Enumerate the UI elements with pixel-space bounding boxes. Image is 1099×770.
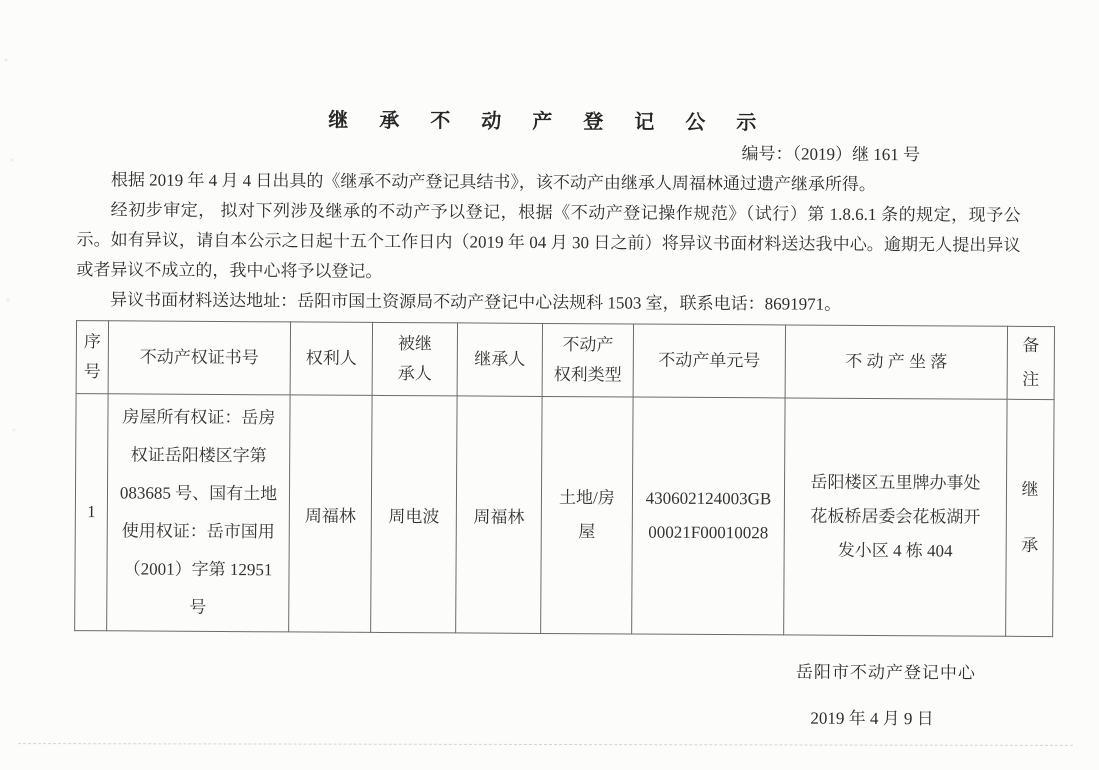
header-seq: 序号: [76, 321, 108, 394]
scanned-notice-page: 继 承 不 动 产 登 记 公 示 编号：（2019）继 161 号 根据 20…: [0, 0, 1099, 770]
cell-unit-no: 430602124003GB00021F00010028: [632, 397, 785, 635]
registration-table: 序号 不动产权证书号 权利人 被继承人 继承人 不动产 权利类型 不动产单元号 …: [74, 320, 1055, 637]
notice-body: 根据 2019 年 4 月 4 日出具的《继承不动产登记具结书》，该不动产由继承…: [0, 163, 1098, 322]
signature-organization: 岳阳市不动产登记中心: [0, 653, 1095, 690]
scan-edge-speckle: [0, 0, 26, 560]
header-remark: 备注: [1007, 326, 1054, 399]
table-header-row: 序号 不动产权证书号 权利人 被继承人 继承人 不动产 权利类型 不动产单元号 …: [76, 321, 1054, 400]
cell-remark: 继承: [1006, 399, 1054, 636]
paragraph-announcement: 经初步审定， 拟对下列涉及继承的不动产予以登记，根据《不动产登记操作规范》（试行…: [76, 195, 1021, 291]
cell-right-holder: 周福林: [289, 395, 372, 632]
cell-certificate-no: 房屋所有权证：岳房权证岳阳楼区字第 083685 号、国有土地使用权证：岳市国用…: [107, 394, 290, 632]
header-unit-no: 不动产单元号: [633, 324, 785, 398]
header-right-type: 不动产 权利类型: [542, 323, 633, 397]
signature-date: 2019 年 4 月 9 日: [0, 699, 1095, 736]
header-decedent: 被继承人: [372, 322, 457, 396]
header-right-holder: 权利人: [290, 322, 372, 395]
paragraph-contact: 异议书面材料送达地址：岳阳市国土资源局不动产登记中心法规科 1503 室，联系电…: [76, 285, 1020, 321]
page-title: 继 承 不 动 产 登 记 公 示: [0, 102, 1098, 138]
cell-heir: 周福林: [456, 396, 542, 634]
cell-decedent: 周电波: [371, 395, 457, 633]
header-heir: 继承人: [457, 323, 542, 397]
header-location: 不 动 产 坐 落: [785, 325, 1007, 399]
cell-seq: 1: [75, 394, 108, 631]
document-content: 继 承 不 动 产 登 记 公 示 编号：（2019）继 161 号 根据 20…: [0, 0, 1099, 770]
header-certificate-no: 不动产权证书号: [108, 321, 290, 395]
table-row: 1 房屋所有权证：岳房权证岳阳楼区字第 083685 号、国有土地使用权证：岳市…: [75, 394, 1054, 637]
cell-right-type: 土地/房屋: [541, 396, 633, 634]
cell-location: 岳阳楼区五里牌办事处花板桥居委会花板湖开发小区 4 栋 404: [784, 398, 1007, 636]
